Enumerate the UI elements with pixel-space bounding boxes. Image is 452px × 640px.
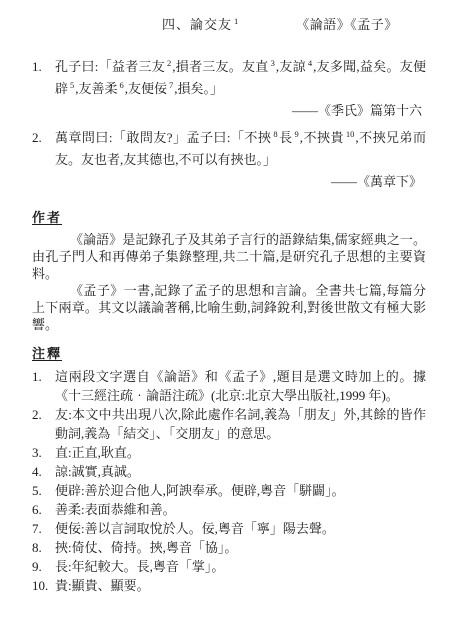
note-item: 2. 友:本文中共出現八次,除此處作名詞,義為「朋友」外,其餘的皆作動詞,義為「… [32,405,426,443]
note-number: 3. [32,443,55,462]
passage-attribution: ——《萬章下》 [55,171,426,193]
note-item: 9. 長:年紀較大。長,粵音「掌」。 [32,557,426,576]
passage-text: 孔子曰:「益者三友2,損者三友。友直3,友諒4,友多聞,益矣。友便辟5,友善柔6… [55,56,426,100]
note-text: 友:本文中共出現八次,除此處作名詞,義為「朋友」外,其餘的皆作動詞,義為「結交」… [55,405,426,443]
note-text: 諒:誠實,真誠。 [55,462,426,481]
note-reference-superscript: 10 [346,129,355,139]
passage-number: 1. [32,56,55,122]
note-item: 5. 便辟:善於迎合他人,阿諛奉承。便辟,粵音「駢闢」。 [32,481,426,500]
note-text: 直:正直,耿直。 [55,443,426,462]
note-number: 6. [32,500,55,519]
title-row: 四、論交友1 《論語》《孟子》 [32,16,426,34]
note-reference-superscript: 2 [167,58,171,68]
passage-item-2: 2. 萬章問曰:「敢問友?」孟子曰:「不挾8長9,不挾貴10,不挾兄弟而友。友也… [32,127,426,193]
note-number: 4. [32,462,55,481]
note-reference-superscript: 6 [120,80,124,90]
notes-section: 注釋 1. 這兩段文字選自《論語》和《孟子》,題目是選文時加上的。據《十三經注疏… [32,345,426,595]
note-item: 3. 直:正直,耿直。 [32,443,426,462]
page-title: 四、論交友1 [162,16,240,34]
note-text: 貴:顯貴、顯要。 [55,576,426,595]
note-number: 2. [32,405,55,443]
author-paragraphs: 《論語》是記錄孔子及其弟子言行的語錄結集,儒家經典之一。由孔子門人和再傳弟子集錄… [32,231,426,333]
author-paragraph: 《孟子》一書,記錄了孟子的思想和言論。全書共七篇,每篇分上下兩章。其文以議論著稱… [32,282,426,333]
note-item: 1. 這兩段文字選自《論語》和《孟子》,題目是選文時加上的。據《十三經注疏‧論語… [32,367,426,405]
author-paragraph: 《論語》是記錄孔子及其弟子言行的語錄結集,儒家經典之一。由孔子門人和再傳弟子集錄… [32,231,426,282]
note-text: 便佞:善以言詞取悅於人。佞,粵音「寧」陽去聲。 [55,519,426,538]
note-text: 便辟:善於迎合他人,阿諛奉承。便辟,粵音「駢闢」。 [55,481,426,500]
note-number: 10. [32,576,55,595]
notes-list: 1. 這兩段文字選自《論語》和《孟子》,題目是選文時加上的。據《十三經注疏‧論語… [32,367,426,595]
notes-section-heading: 注釋 [32,345,62,363]
note-item: 10. 貴:顯貴、顯要。 [32,576,426,595]
note-reference-superscript: 5 [70,80,74,90]
page-title-text: 四、論交友 [162,17,232,32]
passage-attribution: ——《季氏》篇第十六 [55,100,426,122]
note-reference-superscript: 7 [169,80,173,90]
note-item: 7. 便佞:善以言詞取悅於人。佞,粵音「寧」陽去聲。 [32,519,426,538]
note-item: 6. 善柔:表面恭維和善。 [32,500,426,519]
note-reference-superscript: 9 [295,129,299,139]
note-text: 長:年紀較大。長,粵音「掌」。 [55,557,426,576]
note-text: 善柔:表面恭維和善。 [55,500,426,519]
note-number: 8. [32,538,55,557]
title-note-superscript: 1 [234,16,239,26]
note-item: 4. 諒:誠實,真誠。 [32,462,426,481]
note-number: 7. [32,519,55,538]
note-text: 這兩段文字選自《論語》和《孟子》,題目是選文時加上的。據《十三經注疏‧論語注疏》… [55,367,426,405]
passage-text: 萬章問曰:「敢問友?」孟子曰:「不挾8長9,不挾貴10,不挾兄弟而友。友也者,友… [55,127,426,171]
note-text: 挾:倚仗、倚持。挾,粵音「協」。 [55,538,426,557]
author-section-heading: 作者 [32,209,62,227]
note-number: 9. [32,557,55,576]
note-number: 5. [32,481,55,500]
passage-body: 萬章問曰:「敢問友?」孟子曰:「不挾8長9,不挾貴10,不挾兄弟而友。友也者,友… [55,127,426,193]
passage-number: 2. [32,127,55,193]
note-reference-superscript: 4 [308,58,312,68]
note-reference-superscript: 3 [271,58,275,68]
passage-item-1: 1. 孔子曰:「益者三友2,損者三友。友直3,友諒4,友多聞,益矣。友便辟5,友… [32,56,426,122]
passage-body: 孔子曰:「益者三友2,損者三友。友直3,友諒4,友多聞,益矣。友便辟5,友善柔6… [55,56,426,122]
source-works-label: 《論語》《孟子》 [296,16,398,34]
document-page: 四、論交友1 《論語》《孟子》 1. 孔子曰:「益者三友2,損者三友。友直3,友… [0,0,452,640]
note-item: 8. 挾:倚仗、倚持。挾,粵音「協」。 [32,538,426,557]
note-number: 1. [32,367,55,405]
note-reference-superscript: 8 [273,129,277,139]
author-section: 作者 《論語》是記錄孔子及其弟子言行的語錄結集,儒家經典之一。由孔子門人和再傳弟… [32,209,426,333]
